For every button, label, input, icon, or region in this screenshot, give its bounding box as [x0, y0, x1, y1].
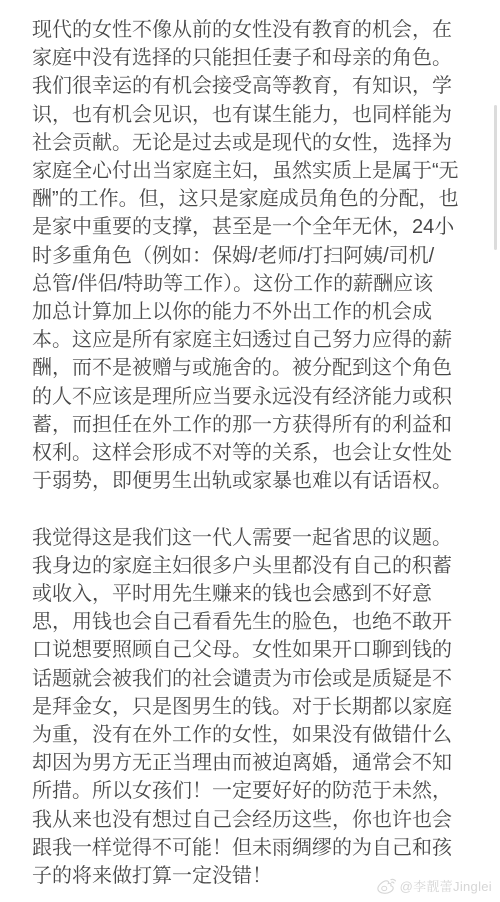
post-text: 现代的女性不像从前的女性没有教育的机会，在 家庭中没有选择的只能担任妻子和母亲的… [32, 16, 468, 890]
weibo-icon [376, 877, 397, 895]
post-paragraph-2: 我觉得这是我们这一代人需要一起省思的议题。 我身边的家庭主妇很多户头里都没有自己… [32, 524, 468, 891]
watermark-handle: @李靓蕾Jinglei [400, 876, 492, 895]
scrollbar-thumb[interactable] [494, 105, 497, 250]
watermark: @李靓蕾Jinglei [376, 876, 492, 895]
post-page: 现代的女性不像从前的女性没有教育的机会，在 家庭中没有选择的只能担任妻子和母亲的… [0, 0, 500, 902]
post-paragraph-1: 现代的女性不像从前的女性没有教育的机会，在 家庭中没有选择的只能担任妻子和母亲的… [32, 16, 468, 495]
